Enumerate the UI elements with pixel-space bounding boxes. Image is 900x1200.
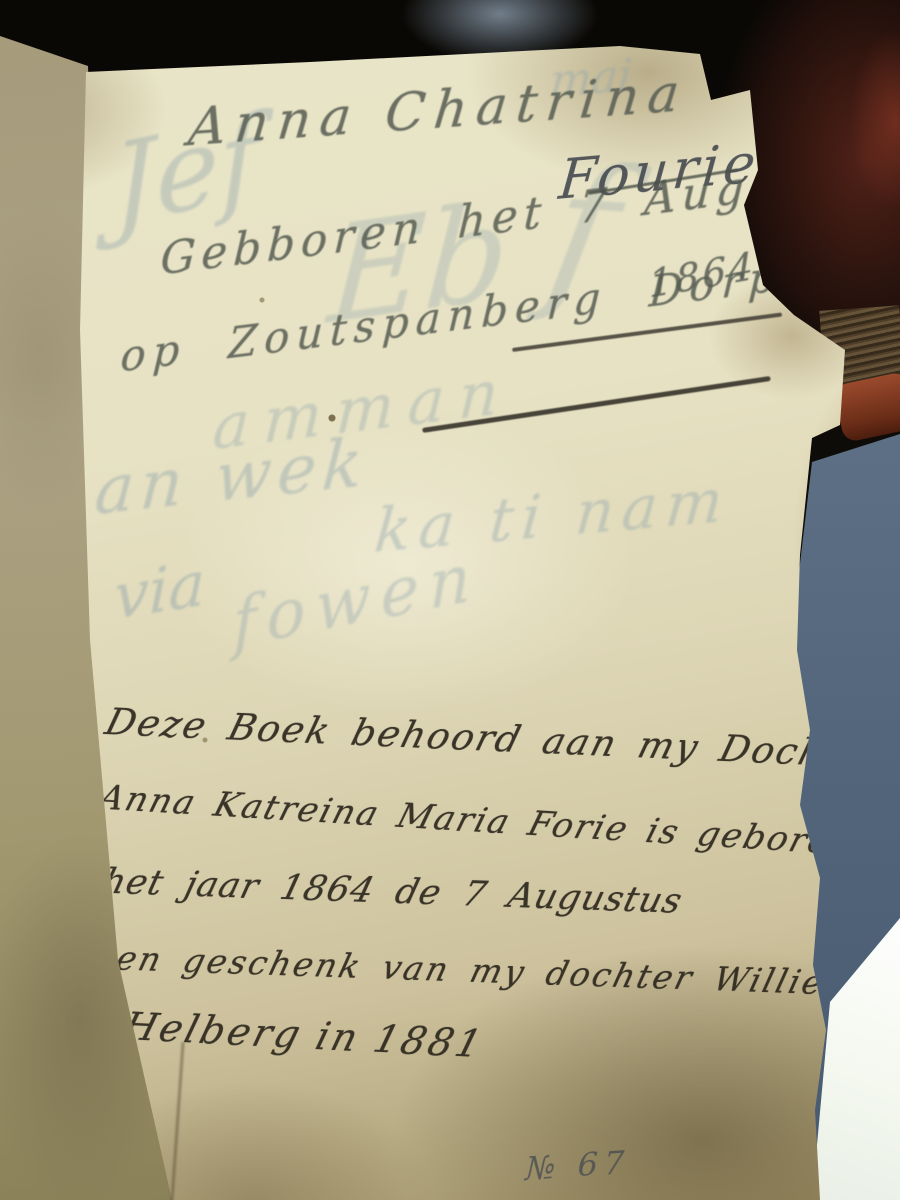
faint-scribble: an wek [93,423,371,530]
photo-of-old-book-page: mai Jef Eb f amman an wek ka ti nam via … [0,0,900,1200]
page-number-mark: № 67 [525,1143,631,1189]
inscription-ink-line-5: Helberg in 1881 [118,1004,489,1066]
faint-scribble: fowen [232,537,481,663]
inscription-ink-line-1: Deze Boek behoord aan my Dochter [101,700,891,777]
inscription-ink-line-4: een geschenk van my dochter Willie mina [90,938,900,1006]
inscription-ink-line-3: het jaar 1864 de 7 Augustus [98,862,687,922]
faint-scribble: via [114,546,206,634]
inscription-ink-line-2: Anna Katreina Maria Forie is geboren en [94,778,900,868]
